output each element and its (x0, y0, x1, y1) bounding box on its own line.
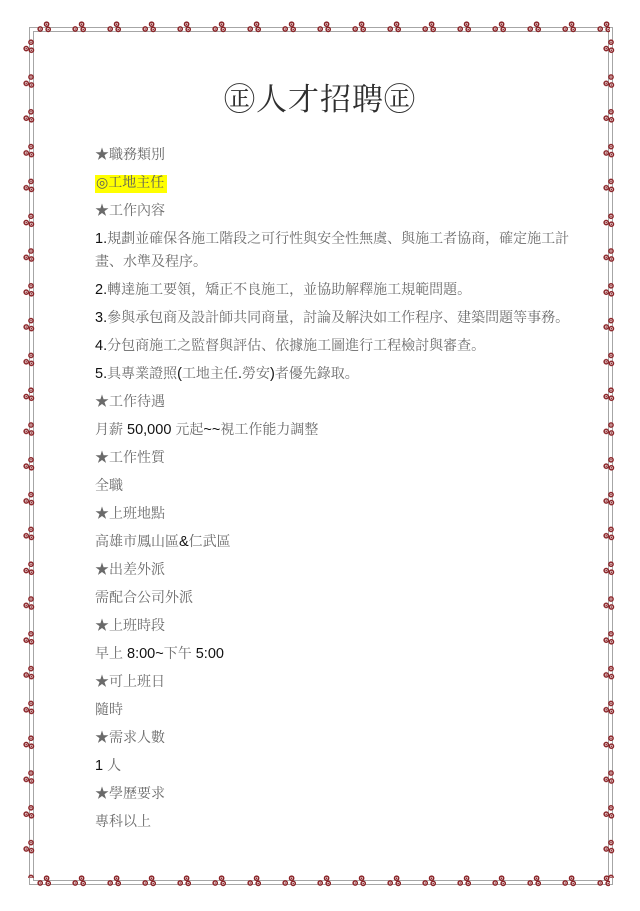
section-text: 4.分包商施工之監督與評估、依據施工圖進行工程檢討與審查。 (95, 335, 572, 358)
ascii-text: 8:00~ (123, 646, 164, 662)
section-header: ★工作待遇 (95, 391, 572, 414)
section-header: ★出差外派 (95, 559, 572, 582)
section-header: ★上班時段 (95, 615, 572, 638)
section-header: ★職務類別 (95, 144, 572, 167)
section-header: ★工作性質 (95, 447, 572, 470)
job-posting-body: ★職務類別◎工地主任★工作內容1.規劃並確保各施工階段之可行性與安全性無虞、與施… (0, 118, 640, 834)
section-text: 早上 8:00~下午 5:00 (95, 643, 572, 666)
ascii-text: ~~ (203, 422, 220, 438)
ascii-text: 4. (95, 338, 107, 354)
section-text: 月薪 50,000 元起~~視工作能力調整 (95, 419, 572, 442)
ascii-text: ( (177, 366, 182, 382)
section-text: 5.具專業證照(工地主任.勞安)者優先錄取。 (95, 363, 572, 386)
ascii-text: 50,000 (123, 422, 175, 438)
section-header: ★需求人數 (95, 727, 572, 750)
section-header: ★學歷要求 (95, 783, 572, 806)
ascii-text: ) (270, 366, 275, 382)
section-header: ★工作內容 (95, 200, 572, 223)
section-text: 隨時 (95, 699, 572, 722)
section-text: 1.規劃並確保各施工階段之可行性與安全性無虞、與施工者協商，確定施工計畫、水準及… (95, 228, 572, 274)
page-title: ㊣人才招聘㊣ (0, 0, 640, 118)
ascii-text: 1. (95, 231, 107, 247)
section-text: 需配合公司外派 (95, 587, 572, 610)
section-text: 專科以上 (95, 811, 572, 834)
section-text: 1 人 (95, 755, 572, 778)
section-text: 2.轉達施工要領，矯正不良施工，並協助解釋施工規範問題。 (95, 279, 572, 302)
ascii-text: & (179, 534, 189, 550)
section-text: 高雄市鳳山區&仁武區 (95, 531, 572, 554)
highlighted-text: ◎工地主任 (95, 175, 167, 193)
section-text: 全職 (95, 475, 572, 498)
ascii-text: 1 (95, 758, 107, 774)
ascii-text: 2. (95, 282, 107, 298)
ascii-text: 3. (95, 310, 107, 326)
ascii-text: . (238, 366, 242, 382)
job-title-highlight: ◎工地主任 (95, 172, 572, 195)
ascii-text: 5:00 (192, 646, 224, 662)
ascii-text: 5. (95, 366, 107, 382)
document-page: ㊣人才招聘㊣ ★職務類別◎工地主任★工作內容1.規劃並確保各施工階段之可行性與安… (0, 0, 640, 911)
section-header: ★可上班日 (95, 671, 572, 694)
section-text: 3.參與承包商及設計師共同商量，討論及解決如工作程序、建築問題等事務。 (95, 307, 572, 330)
job-posting-document: ㊣人才招聘㊣ ★職務類別◎工地主任★工作內容1.規劃並確保各施工階段之可行性與安… (0, 0, 640, 839)
section-header: ★上班地點 (95, 503, 572, 526)
